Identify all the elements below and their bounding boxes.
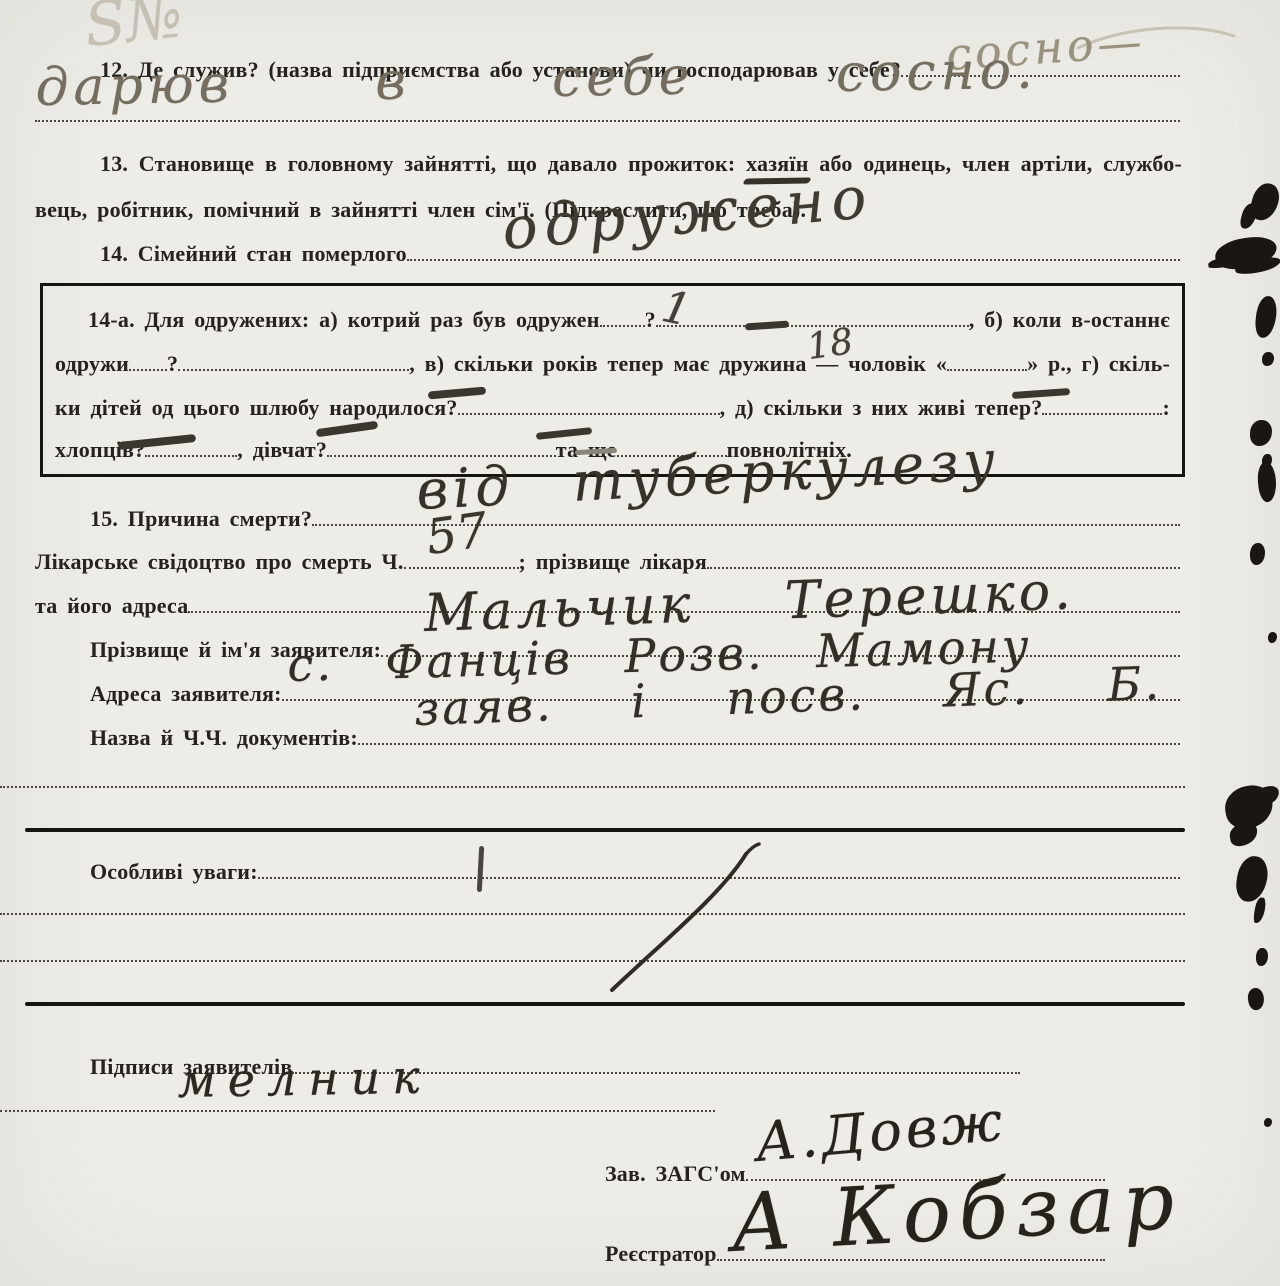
applicant-signature-handwritten: мелник	[177, 1054, 432, 1104]
registrar-label: Реєстратор	[605, 1240, 717, 1268]
doctor-handwritten-number: 57	[423, 506, 490, 562]
q14a-line2-text-b: , в) скільки років тепер має дружина — ч…	[409, 350, 947, 378]
q12-handwritten-answer: дарюв в себе сосно.	[35, 45, 1038, 114]
applicant-address-label: Адреса заявителя:	[90, 680, 282, 708]
ink-blot	[1246, 987, 1266, 1012]
ink-blot	[1268, 632, 1277, 643]
documents-label: Назва й Ч.Ч. документів:	[90, 724, 358, 752]
ink-blot	[1256, 461, 1278, 503]
dotted-blank	[129, 367, 167, 371]
doctor-label-a: Лікарське свідоцтво про смерть Ч.	[35, 548, 404, 576]
dotted-fill	[358, 741, 1180, 745]
dotted-blank	[145, 453, 237, 457]
notes-label: Особливі уваги:	[90, 858, 258, 886]
ink-blot	[1256, 948, 1268, 966]
q13-text-part1: 13. Становище в головному зайнятті, що д…	[100, 151, 735, 176]
zags-head-label: Зав. ЗАГС'ом	[605, 1160, 746, 1188]
ink-blot	[1250, 543, 1265, 565]
scanned-death-record-form: S№ 12. Де служив? (назва підприємства аб…	[0, 0, 1280, 1286]
separator-rule	[25, 828, 1185, 832]
zags-head-signature: А.Довж	[753, 1094, 1008, 1170]
ink-slash-mark	[560, 840, 780, 1010]
q14a-line3-text-c: :	[1162, 394, 1170, 422]
ink-blot	[1234, 854, 1270, 904]
field-row-q13-line1: 13. Становище в головному зайнятті, що д…	[100, 150, 1182, 178]
dotted-blank	[178, 367, 409, 371]
answer-dotline-q12	[35, 120, 1180, 122]
q15-label: 15. Причина смерти?	[90, 505, 312, 533]
q14-label: 14. Сімейний стан померлого	[100, 240, 407, 268]
q14a-line2-qmark: ?	[167, 350, 178, 378]
ink-blot	[1254, 295, 1278, 339]
q14a-line1: 14-а. Для одружених: а) котрий раз був о…	[88, 306, 1170, 334]
q14a-line1-text: 14-а. Для одружених: а) котрий раз був о…	[88, 306, 600, 334]
dotted-blank	[458, 411, 720, 415]
q13-text-part2: або одинець, член артіли, службо-	[819, 151, 1182, 176]
signature-dotline	[0, 1110, 715, 1112]
ink-blot	[1262, 352, 1274, 366]
q14a-line3-text: ки дітей од цього шлюбу народилося?	[55, 394, 458, 422]
separator-dotline	[0, 786, 1185, 788]
doctor-label-b: ; прізвище лікаря	[519, 548, 707, 576]
ink-blot	[1250, 420, 1272, 446]
ink-blot	[1264, 1118, 1272, 1127]
dotted-blank	[947, 367, 1027, 371]
doctor-address-label: та його адреса	[35, 592, 188, 620]
pencil-scribble-top-left: S№	[82, 0, 186, 56]
q14a-line2-text: одружи	[55, 350, 129, 378]
q14a-line2-text-c: » р., г) скіль-	[1027, 350, 1170, 378]
q14a-line4-text-b: , дівчат?	[237, 436, 327, 464]
q14a-line2: одружи ? , в) скільки років тепер має др…	[55, 350, 1170, 378]
q14a-line3-text-b: , д) скільки з них живі тепер?	[720, 394, 1043, 422]
q14a-handwritten-age: 18	[805, 324, 855, 366]
q14a-line1-text-b: , б) коли в-останнє	[969, 306, 1170, 334]
q14a-line1-qmark: ?	[645, 306, 656, 334]
dotted-blank	[404, 565, 519, 569]
ink-blot	[1213, 234, 1279, 272]
ink-blot	[1222, 782, 1277, 832]
dotted-blank	[1042, 411, 1162, 415]
ink-blot	[1248, 180, 1280, 223]
q14a-line3: ки дітей од цього шлюбу народилося? , д)…	[55, 394, 1170, 422]
registrar-signature: А Кобзар	[729, 1160, 1184, 1264]
dotted-blank	[600, 323, 645, 327]
